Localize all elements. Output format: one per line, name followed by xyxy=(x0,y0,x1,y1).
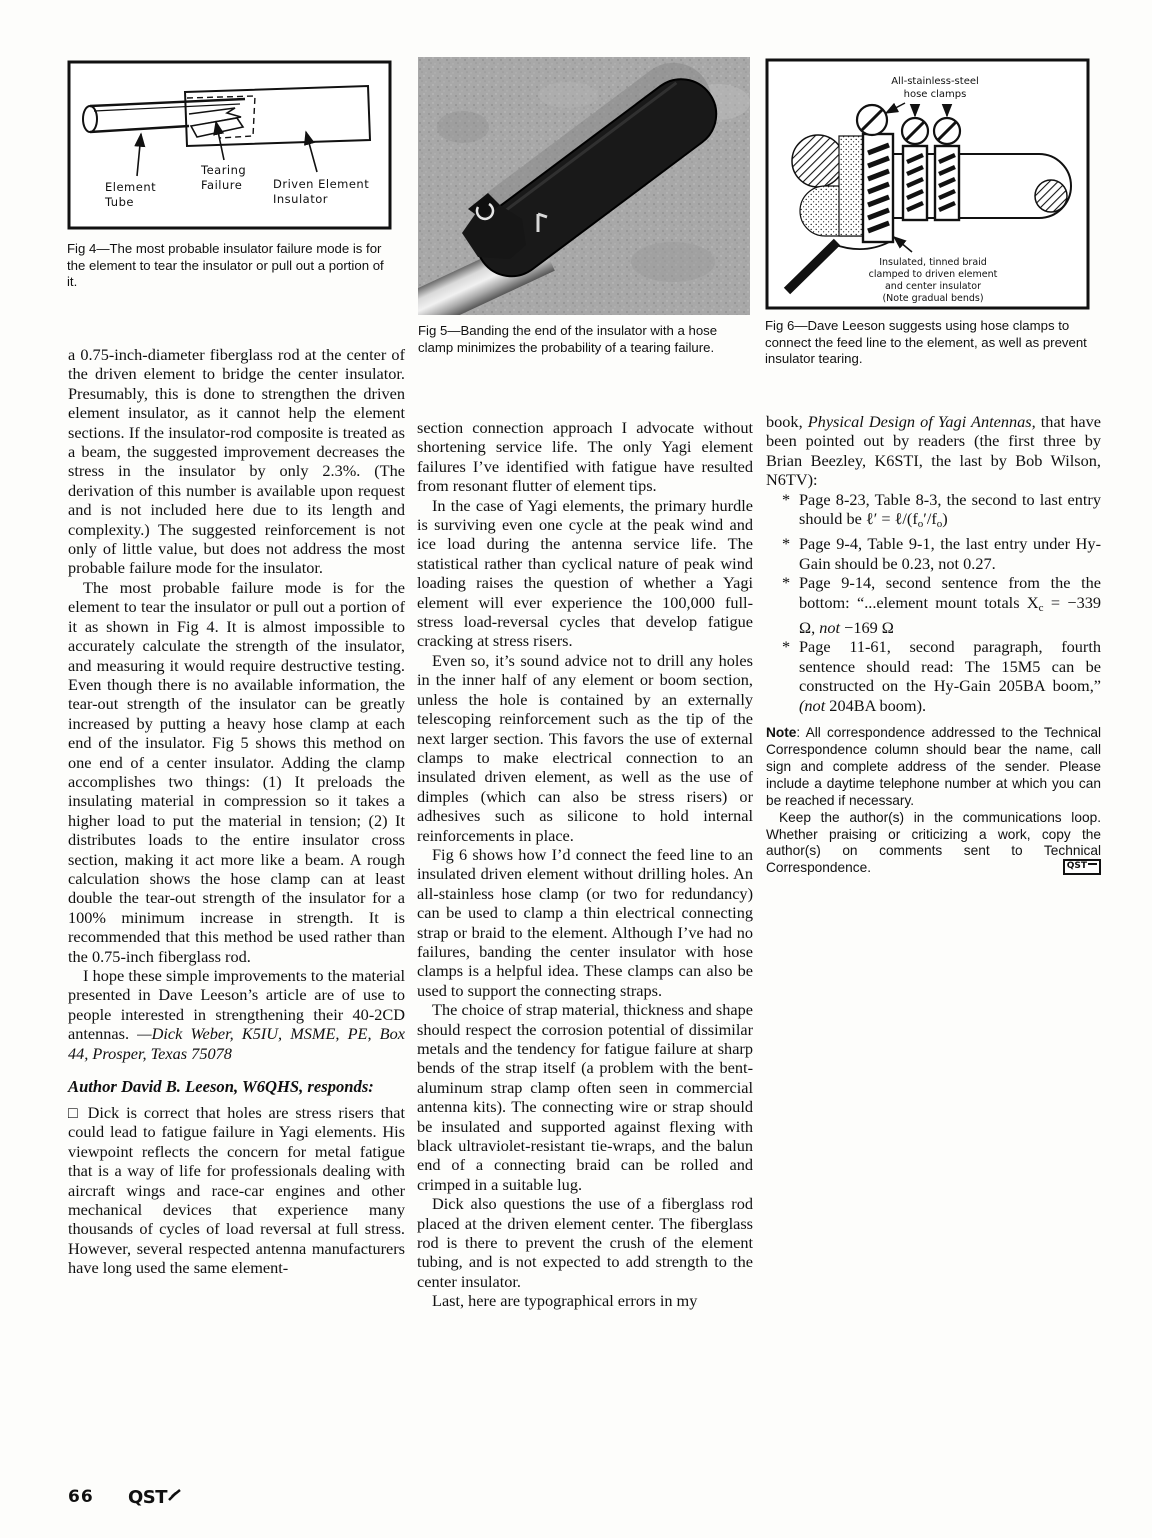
responds-heading: Author David B. Leeson, W6QHS, responds: xyxy=(68,1077,405,1097)
erratum-text: Page 8-23, Table 8-3, the second to last… xyxy=(799,490,1101,535)
end-mark-arrow-icon xyxy=(1088,863,1097,865)
paragraph-book-intro: book, Physical Design of Yagi Antennas, … xyxy=(766,412,1101,490)
page-footer: 66 QST xyxy=(68,1486,184,1508)
element-end-hatched xyxy=(792,135,844,187)
qst-logo-text: QST xyxy=(128,1487,168,1508)
erratum-text: Page 9-4, Table 9-1, the last entry unde… xyxy=(799,534,1101,573)
figure-5-caption: Fig 5—Banding the end of the insulator w… xyxy=(418,323,746,356)
figure-6-caption: Fig 6—Dave Leeson suggests using hose cl… xyxy=(765,318,1087,368)
paragraph: section connection approach I advocate w… xyxy=(417,418,753,496)
label-driven-element: Driven Element xyxy=(273,177,369,191)
bullet-marker: * xyxy=(782,490,799,535)
label-tearing: Tearing xyxy=(200,163,246,177)
label-hose-clamps-1: All-stainless-steel xyxy=(891,76,979,87)
label-tube: Tube xyxy=(104,195,134,209)
qst-end-mark-text: QST xyxy=(1067,861,1087,871)
bullet-marker: * xyxy=(782,573,799,637)
label-braid-4: (Note gradual bends) xyxy=(882,293,983,304)
erratum-item: * Page 8-23, Table 8-3, the second to la… xyxy=(782,490,1101,535)
column-middle: section connection approach I advocate w… xyxy=(417,418,753,1311)
paragraph: Fig 6 shows how I’d connect the feed lin… xyxy=(417,845,753,1000)
erratum-text: Page 9-14, second sentence from the the … xyxy=(799,573,1101,637)
label-element: Element xyxy=(105,180,156,194)
paragraph: The choice of strap material, thickness … xyxy=(417,1000,753,1194)
erratum-text: Page 11-61, second paragraph, fourth sen… xyxy=(799,637,1101,715)
paragraph: □ Dick is correct that holes are stress … xyxy=(68,1103,405,1278)
figure-6: All-stainless-steel hose clamps Insulate… xyxy=(765,58,1090,368)
label-braid-2: clamped to driven element xyxy=(869,269,998,280)
column-left: a 0.75-inch-diameter fiberglass rod at t… xyxy=(68,345,405,1278)
errata-list: * Page 8-23, Table 8-3, the second to la… xyxy=(766,490,1101,715)
magazine-page: Element Tube Tearing Failure Driven Elem… xyxy=(0,0,1152,1538)
paragraph: The most probable failure mode is for th… xyxy=(68,578,405,966)
qst-logo: QST xyxy=(128,1486,184,1508)
column-right: book, Physical Design of Yagi Antennas, … xyxy=(766,412,1101,877)
paragraph: Even so, it’s sound advice not to drill … xyxy=(417,651,753,845)
label-insulator: Insulator xyxy=(273,192,328,206)
label-failure: Failure xyxy=(201,178,242,192)
label-braid-3: and center insulator xyxy=(885,281,981,292)
label-braid-1: Insulated, tinned braid xyxy=(879,257,987,268)
tube-end-hatched xyxy=(1035,180,1067,212)
bullet-marker: * xyxy=(782,637,799,715)
note-text: Keep the author(s) in the communications… xyxy=(766,810,1101,876)
bullet-marker: * xyxy=(782,534,799,573)
erratum-item: * Page 9-4, Table 9-1, the last entry un… xyxy=(782,534,1101,573)
page-number: 66 xyxy=(68,1487,94,1507)
paragraph: In the case of Yagi elements, the primar… xyxy=(417,496,753,651)
note-paragraph: Note: All correspondence addressed to th… xyxy=(766,725,1101,810)
paragraph: Last, here are typographical errors in m… xyxy=(417,1291,753,1310)
figure-4-caption: Fig 4—The most probable insulator failur… xyxy=(67,241,385,291)
paragraph-signature: I hope these simple improvements to the … xyxy=(68,966,405,1063)
qst-end-mark: QST xyxy=(1063,859,1101,875)
paragraph: a 0.75-inch-diameter fiberglass rod at t… xyxy=(68,345,405,578)
figure-6-diagram: All-stainless-steel hose clamps Insulate… xyxy=(765,58,1090,310)
figure-5: Fig 5—Banding the end of the insulator w… xyxy=(418,57,750,356)
editor-note: Note: All correspondence addressed to th… xyxy=(766,725,1101,877)
paragraph: Dick also questions the use of a fibergl… xyxy=(417,1194,753,1291)
erratum-item: * Page 9-14, second sentence from the th… xyxy=(782,573,1101,637)
insulator-body xyxy=(185,86,370,146)
figure-4: Element Tube Tearing Failure Driven Elem… xyxy=(67,60,392,291)
note-paragraph: Keep the author(s) in the communications… xyxy=(766,810,1101,878)
label-hose-clamps-2: hose clamps xyxy=(904,89,967,100)
figure-4-diagram: Element Tube Tearing Failure Driven Elem… xyxy=(67,60,392,230)
erratum-item: * Page 11-61, second paragraph, fourth s… xyxy=(782,637,1101,715)
lightning-icon xyxy=(169,1490,180,1500)
tube-end xyxy=(83,106,97,132)
figure-5-photo xyxy=(418,57,750,315)
